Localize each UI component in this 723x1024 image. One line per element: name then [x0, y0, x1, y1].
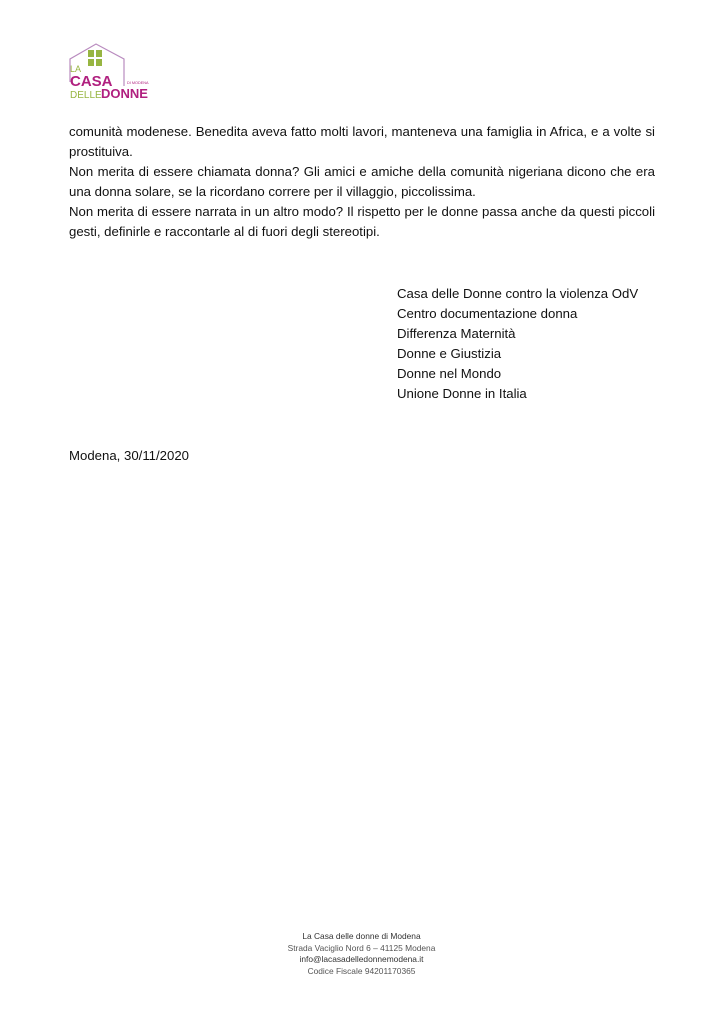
footer-tax-code: Codice Fiscale 94201170365: [0, 966, 723, 978]
house-logo-icon: LA CASA DI MODENA DELLE DONNE: [66, 42, 166, 104]
signatory: Unione Donne in Italia: [397, 384, 638, 404]
paragraph-2: Non merita di essere chiamata donna? Gli…: [69, 162, 655, 202]
page-footer: La Casa delle donne di Modena Strada Vac…: [0, 931, 723, 977]
logo-delle: DELLE: [70, 90, 102, 101]
footer-address: Strada Vaciglio Nord 6 – 41125 Modena: [0, 943, 723, 955]
logo-tagline: DI MODENA: [127, 81, 149, 85]
signatory: Donne nel Mondo: [397, 364, 638, 384]
logo-donne: DONNE: [101, 86, 148, 101]
paragraph-1: comunità modenese. Benedita aveva fatto …: [69, 122, 655, 162]
signatories-list: Casa delle Donne contro la violenza OdV …: [397, 284, 638, 404]
footer-org-name: La Casa delle donne di Modena: [0, 931, 723, 943]
letter-body: comunità modenese. Benedita aveva fatto …: [69, 122, 655, 242]
signatory: Differenza Maternità: [397, 324, 638, 344]
signatory: Casa delle Donne contro la violenza OdV: [397, 284, 638, 304]
paragraph-3: Non merita di essere narrata in un altro…: [69, 202, 655, 242]
footer-email: info@lacasadelledonnemodena.it: [0, 954, 723, 966]
signatory: Centro documentazione donna: [397, 304, 638, 324]
organization-logo: LA CASA DI MODENA DELLE DONNE: [66, 42, 166, 104]
signatory: Donne e Giustizia: [397, 344, 638, 364]
place-date: Modena, 30/11/2020: [69, 446, 189, 466]
